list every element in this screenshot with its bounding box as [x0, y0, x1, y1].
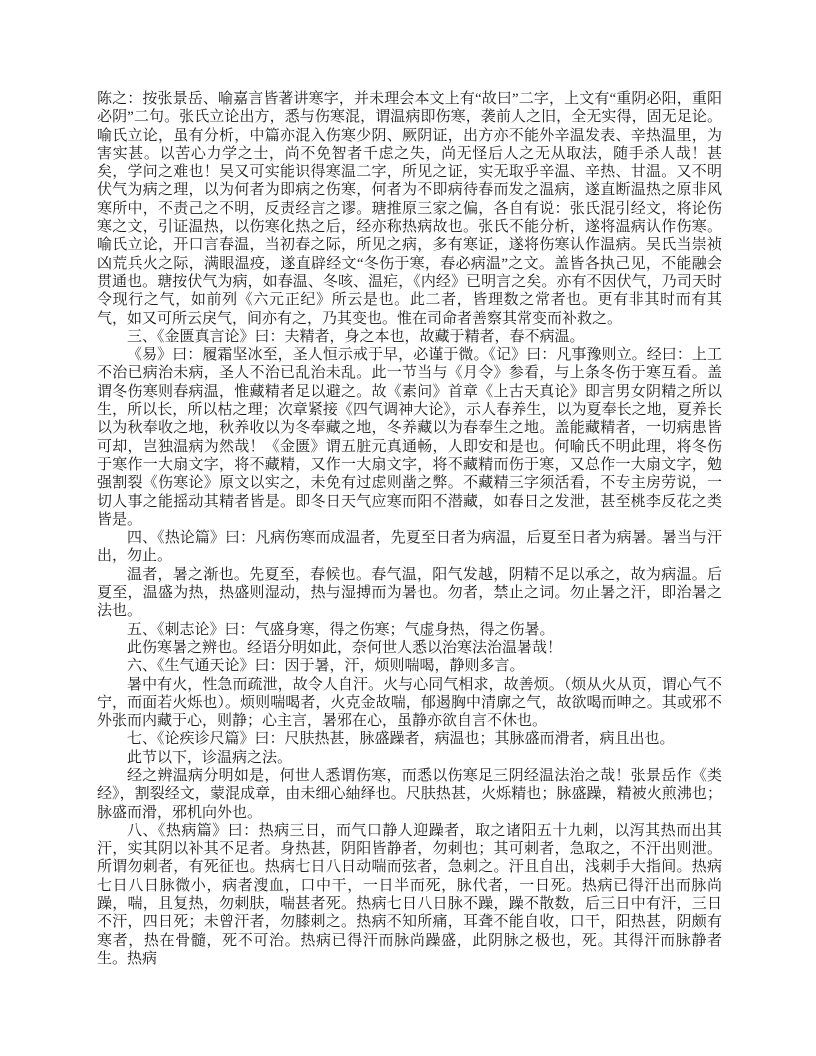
paragraph-section-4-commentary: 温者，暑之渐也。先夏至，春候也。春气温，阳气发越，阴精不足以承之，故为病温。后夏…	[97, 566, 722, 621]
paragraph-commentary-continuation: 陈之：按张景岳、喻嘉言皆著讲寒字，并未理会本文上有“故曰”二字，上文有“重阴必阳…	[97, 90, 722, 328]
document-page: 陈之：按张景岳、喻嘉言皆著讲寒字，并未理会本文上有“故曰”二字，上文有“重阴必阳…	[0, 0, 816, 1056]
document-text-block: 陈之：按张景岳、喻嘉言皆著讲寒字，并未理会本文上有“故曰”二字，上文有“重阴必阳…	[97, 90, 722, 968]
paragraph-section-4-quote: 四、《热论篇》曰：凡病伤寒而成温者，先夏至日者为病温，后夏至日者为病暑。暑当与汗…	[97, 529, 722, 566]
paragraph-section-5-commentary: 此伤寒暑之辨也。经语分明如此，奈何世人悉以治寒法治温暑哉！	[97, 639, 722, 657]
paragraph-section-7-note: 此节以下，诊温病之法。	[97, 749, 722, 767]
paragraph-section-5-quote: 五、《刺志论》曰：气盛身寒，得之伤寒；气虚身热，得之伤暑。	[97, 621, 722, 639]
paragraph-section-6-quote: 六、《生气通天论》曰：因于暑，汗，烦则喘喝，静则多言。	[97, 657, 722, 675]
paragraph-section-3-quote: 三、《金匮真言论》曰：夫精者，身之本也，故藏于精者，春不病温。	[97, 328, 722, 346]
paragraph-section-8-quote: 八、《热病篇》曰：热病三日，而气口静人迎躁者，取之诸阳五十九刺，以泻其热而出其汗…	[97, 822, 722, 968]
paragraph-section-3-commentary: 《易》曰：履霜坚冰至，圣人恒示戒于早，必谨于微。《记》曰：凡事豫则立。经曰：上工…	[97, 346, 722, 529]
paragraph-section-6-commentary: 暑中有火，性急而疏泄，故令人自汗。火与心同气相求，故善烦。（烦从火从页，谓心气不…	[97, 676, 722, 731]
paragraph-section-7-quote: 七、《论疾诊尺篇》曰：尺肤热甚，脉盛躁者，病温也；其脉盛而滑者，病且出也。	[97, 730, 722, 748]
paragraph-section-7-commentary: 经之辨温病分明如是，何世人悉谓伤寒，而悉以伤寒足三阴经温法治之哉！张景岳作《类经…	[97, 767, 722, 822]
